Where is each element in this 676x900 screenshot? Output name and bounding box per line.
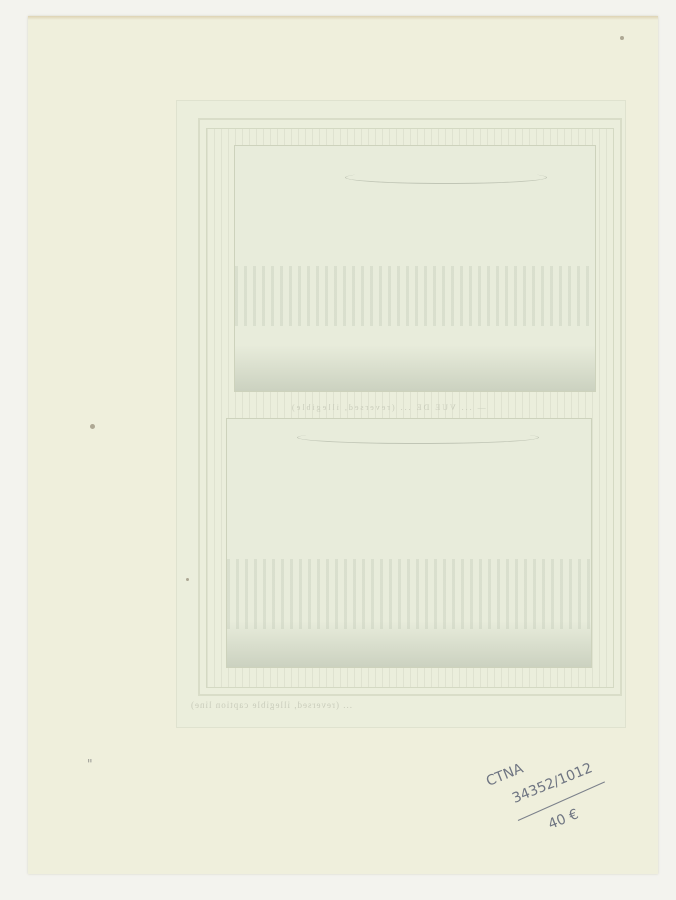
ground <box>235 345 595 391</box>
bottom-caption: ... (reversed, illegible caption line) <box>190 700 352 710</box>
banner-ribbon <box>345 171 547 184</box>
foxing-spot <box>90 424 95 429</box>
top-engraving <box>234 145 596 392</box>
bottom-engraving <box>226 418 592 668</box>
foxing-spot <box>186 578 189 581</box>
foxing-spot <box>620 36 624 40</box>
skyline <box>235 266 595 326</box>
banner-ribbon <box>297 431 539 444</box>
ground <box>227 621 591 667</box>
pencil-mark: " <box>87 757 93 771</box>
middle-caption: — ... VUE DE ... (reversed, illegible) <box>290 403 486 412</box>
figures-row <box>227 559 591 629</box>
